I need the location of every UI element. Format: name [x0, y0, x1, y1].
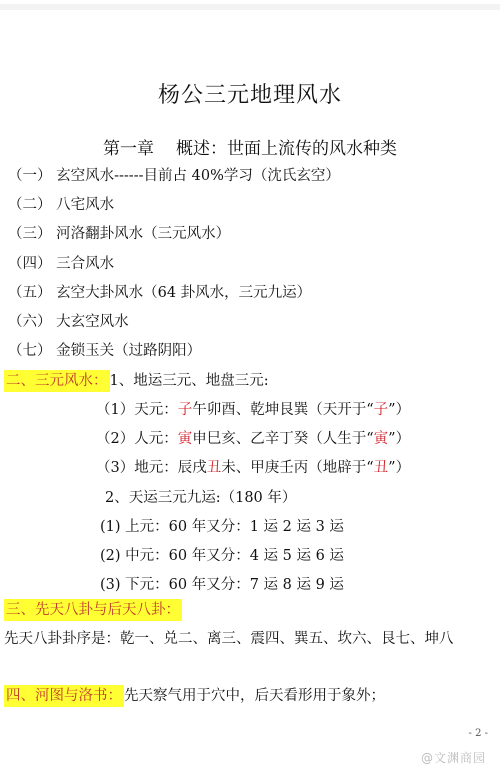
list-item: （七） 金锁玉关（过路阴阳）: [8, 341, 201, 361]
list-text: 三合风水: [56, 256, 114, 272]
yuan-prefix: （3）地元：辰戌: [96, 460, 207, 476]
yuan-item: （3）地元：辰戌丑未、甲庚壬丙（地辟于“丑”）: [96, 458, 410, 478]
yuan-end: ”）: [388, 402, 410, 418]
list-item: （一） 玄空风水------目前占 40%学习（沈氏玄空）: [8, 166, 340, 186]
list-marker: （一）: [8, 168, 52, 184]
section-two-sub1: 1、地运三元、地盘三元:: [110, 373, 269, 389]
list-text: 河洛翻卦风水（三元风水）: [56, 226, 230, 242]
list-item: （四） 三合风水: [8, 254, 114, 274]
list-item: （六） 大玄空风水: [8, 312, 129, 332]
list-item: （三） 河洛翻卦风水（三元风水）: [8, 224, 230, 244]
red-char: 子: [178, 402, 193, 418]
yuan-text: 午卯酉、乾坤艮巽（天开于“: [192, 402, 373, 418]
list-marker: （四）: [8, 256, 52, 272]
list-marker: （七）: [8, 343, 52, 359]
list-marker: （五）: [8, 285, 52, 301]
section-four-line: 四、河图与洛书：先天察气用于穴中，后天看形用于象外；: [4, 686, 385, 706]
list-item: （二） 八宅风水: [8, 195, 114, 215]
section-two-line: 二、三元风水：1、地运三元、地盘三元:: [4, 371, 269, 391]
chapter-heading: 第一章概述：世面上流传的风水种类: [0, 134, 500, 159]
section-three-heading-line: 三、先天八卦与后天八卦：: [4, 600, 182, 620]
list-marker: （三）: [8, 226, 52, 242]
document-title: 杨公三元地理风水: [0, 78, 500, 109]
list-text: 大玄空风水: [56, 314, 129, 330]
section-four-heading: 四、河图与洛书：: [4, 685, 124, 707]
yun-item: (2) 中元：60 年又分：4 运 5 运 6 运: [100, 546, 344, 566]
red-char: 丑: [207, 460, 222, 476]
watermark: @文渊商园: [421, 749, 486, 766]
list-marker: （六）: [8, 314, 52, 330]
list-marker: （二）: [8, 197, 52, 213]
list-text: 玄空大卦风水（64 卦风水，三元九运）: [56, 285, 311, 301]
yuan-end: ”）: [388, 460, 410, 476]
red-char: 寅: [374, 431, 389, 447]
section-three-text: 先天八卦卦序是：乾一、兑二、离三、震四、巽五、坎六、艮七、坤八: [4, 629, 454, 649]
red-char: 丑: [374, 460, 389, 476]
page-number: - 2 -: [469, 728, 488, 739]
yuan-prefix: （1）天元：: [96, 402, 178, 418]
list-text: 金锁玉关（过路阴阳）: [56, 343, 201, 359]
list-item: （五） 玄空大卦风水（64 卦风水，三元九运）: [8, 283, 311, 303]
yuan-item: （2）人元：寅申巳亥、乙辛丁癸（人生于“寅”）: [96, 429, 410, 449]
list-text: 八宅风水: [56, 197, 114, 213]
section-two-sub2: 2、天运三元九运:（180 年）: [105, 488, 296, 508]
document-page: 杨公三元地理风水 第一章概述：世面上流传的风水种类 （一） 玄空风水------…: [0, 0, 500, 778]
yuan-end: ”）: [388, 431, 410, 447]
yun-item: (1) 上元：60 年又分：1 运 2 运 3 运: [100, 517, 344, 537]
chapter-number: 第一章: [103, 139, 154, 159]
list-text: 玄空风水------目前占 40%学习（沈氏玄空）: [56, 168, 340, 184]
yun-item: (3) 下元：60 年又分：7 运 8 运 9 运: [100, 575, 344, 595]
yuan-text: 未、甲庚壬丙（地辟于“: [221, 460, 373, 476]
red-char: 寅: [178, 431, 193, 447]
section-four-text: 先天察气用于穴中，后天看形用于象外；: [124, 688, 385, 704]
section-three-heading: 三、先天八卦与后天八卦：: [4, 599, 182, 621]
yuan-item: （1）天元：子午卯酉、乾坤艮巽（天开于“子”）: [96, 400, 410, 420]
chapter-title: 概述：世面上流传的风水种类: [176, 139, 397, 159]
section-two-heading: 二、三元风水：: [4, 370, 110, 392]
yuan-prefix: （2）人元：: [96, 431, 178, 447]
yuan-text: 申巳亥、乙辛丁癸（人生于“: [192, 431, 373, 447]
red-char: 子: [374, 402, 389, 418]
